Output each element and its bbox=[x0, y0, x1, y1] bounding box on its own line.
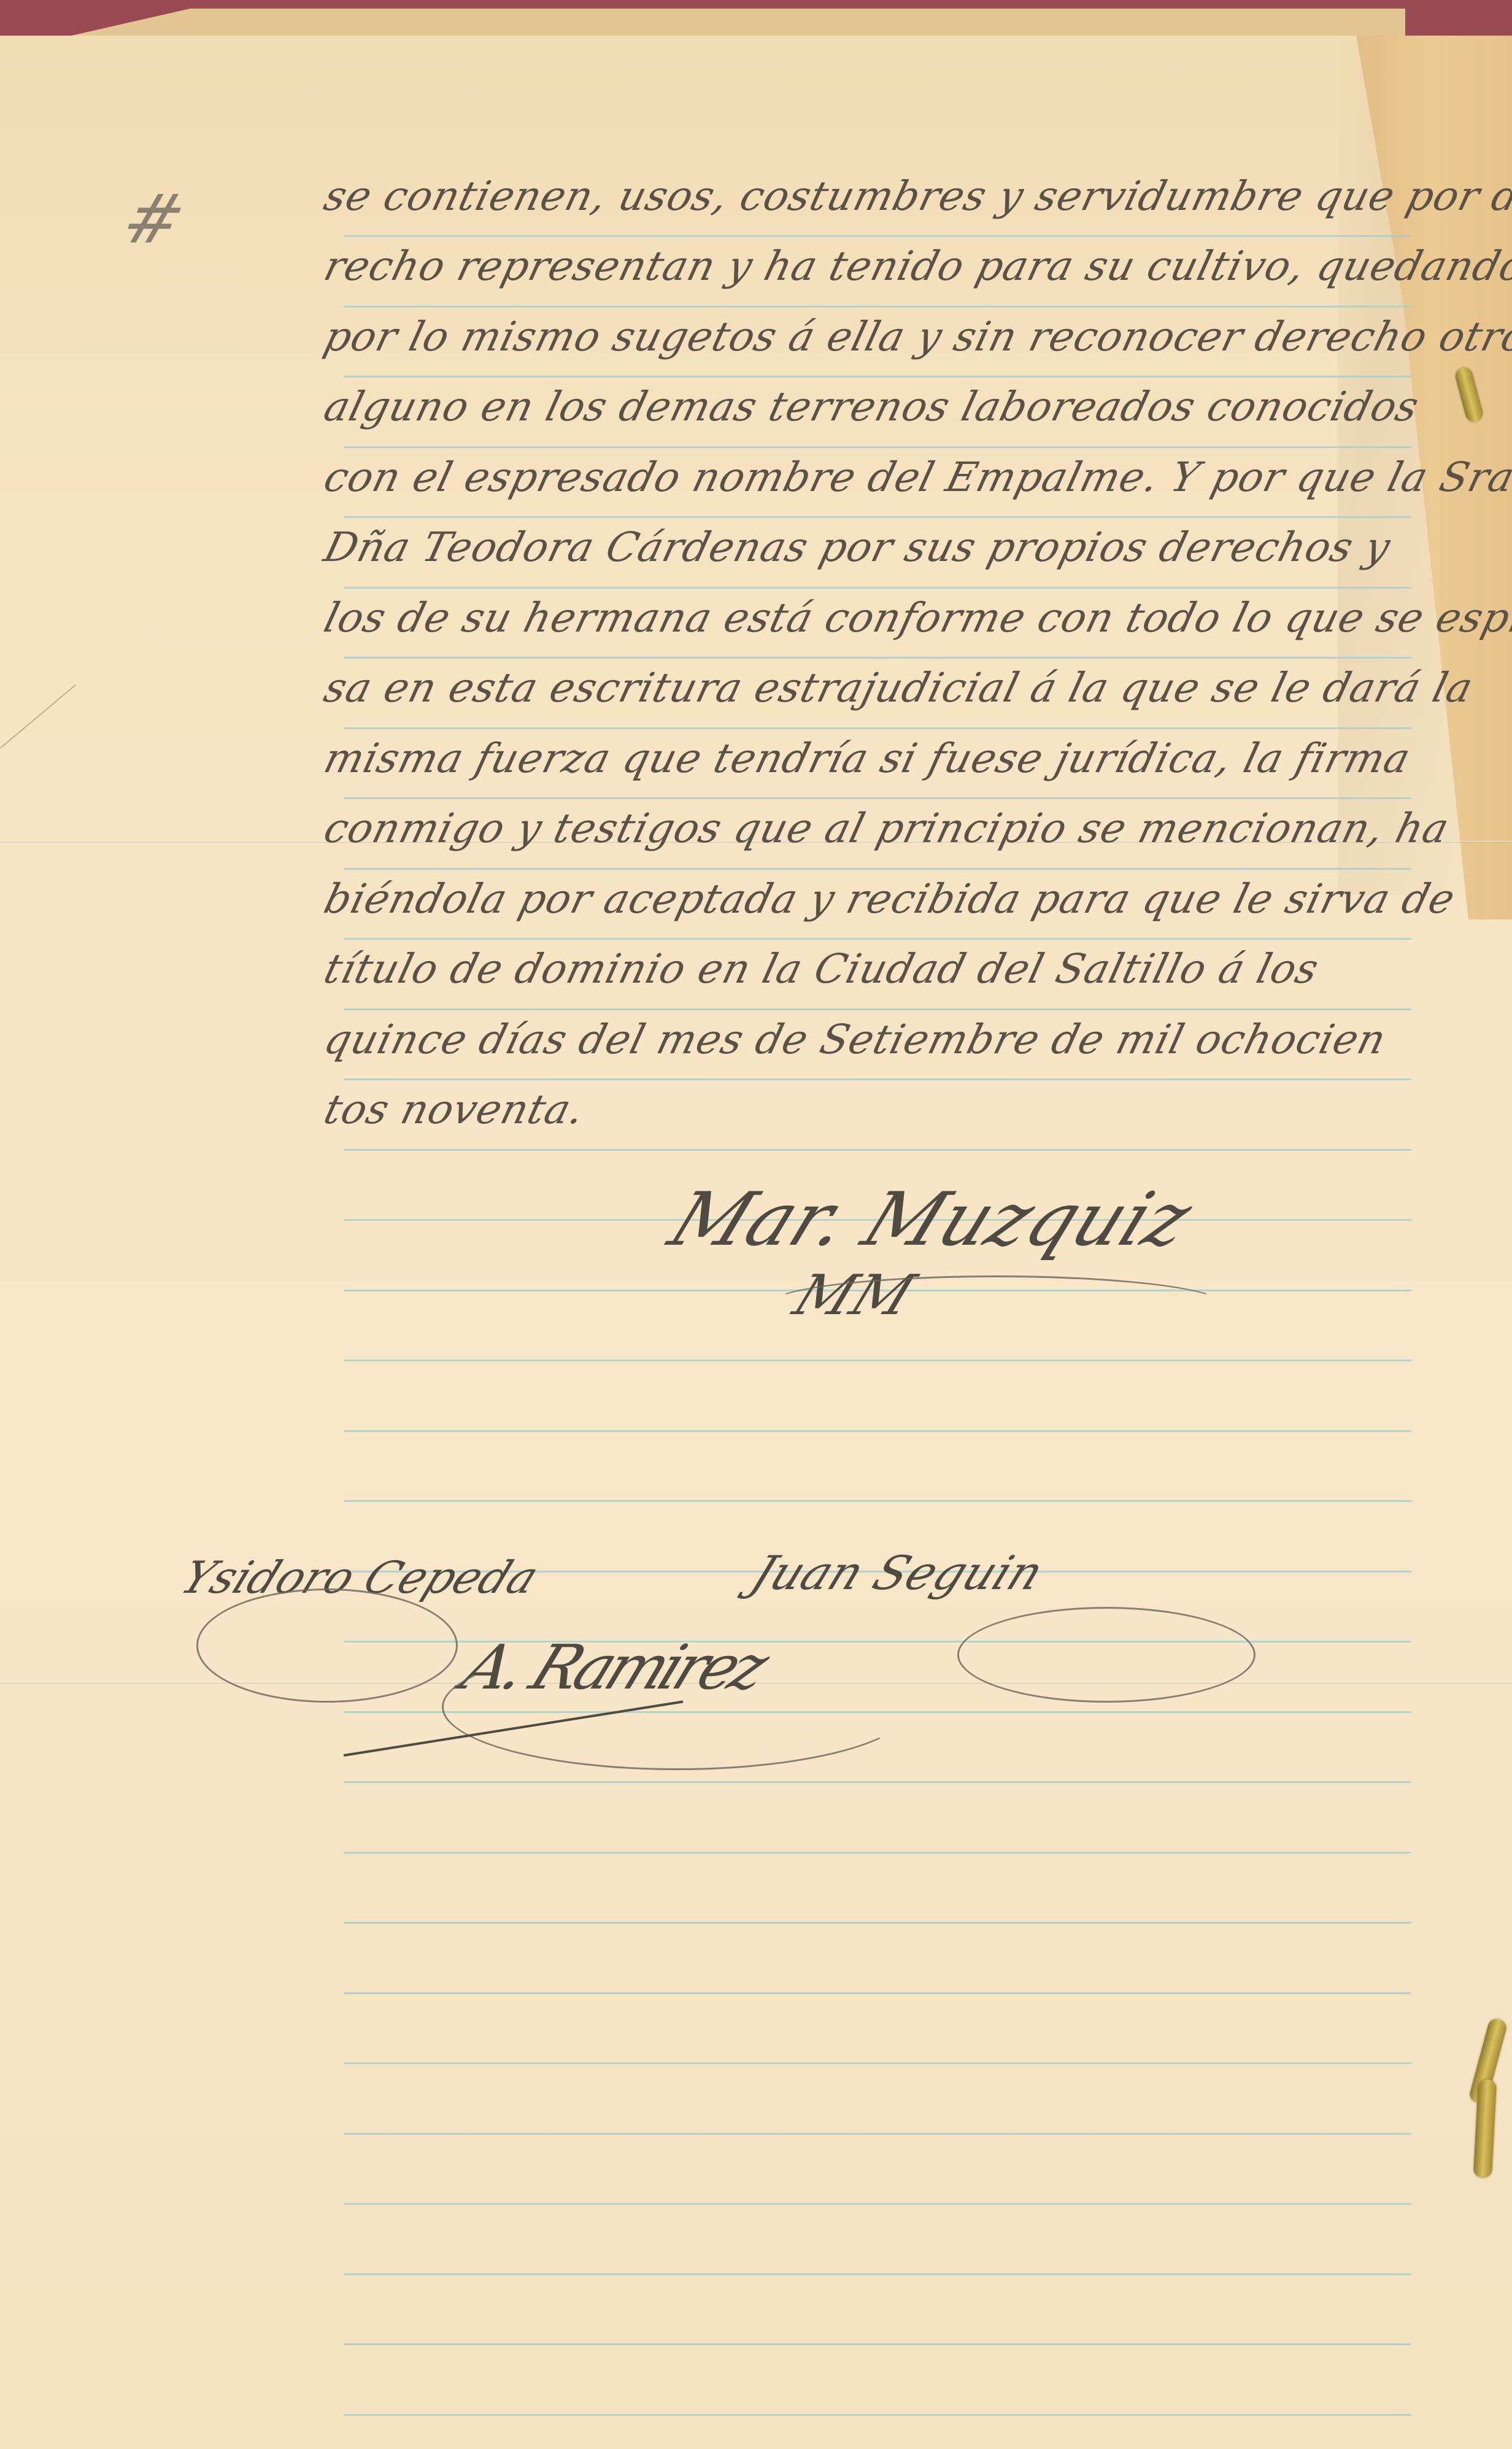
ruled-line bbox=[344, 1008, 1411, 1010]
text-line: los de su hermana está conforme con todo… bbox=[319, 594, 1436, 643]
ruled-line bbox=[344, 1500, 1411, 1502]
text-line: quince días del mes de Setiembre de mil … bbox=[319, 1015, 1436, 1064]
ruled-line bbox=[344, 1781, 1411, 1783]
signature-flourish bbox=[957, 1607, 1255, 1703]
text-line: sa en esta escritura estrajudicial á la … bbox=[319, 664, 1436, 713]
signature-flourish bbox=[767, 1275, 1225, 1334]
text-line: por lo mismo sugetos á ella y sin recono… bbox=[319, 312, 1436, 362]
margin-mark: # bbox=[113, 180, 195, 258]
ruled-line bbox=[344, 306, 1411, 308]
ruled-line bbox=[344, 2273, 1411, 2275]
ruled-line bbox=[344, 797, 1411, 799]
ruled-line bbox=[344, 2414, 1411, 2416]
ruled-line bbox=[344, 2133, 1411, 2135]
signature-flourish bbox=[196, 1588, 458, 1703]
ruled-line bbox=[344, 516, 1411, 518]
document-page: # se contienen, usos, costumbres y servi… bbox=[0, 36, 1512, 2449]
ruled-line bbox=[344, 1360, 1411, 1361]
text-line: conmigo y testigos que al principio se m… bbox=[319, 804, 1436, 853]
ruled-line bbox=[344, 1149, 1411, 1151]
ruled-line bbox=[344, 2343, 1411, 2345]
ruled-line bbox=[344, 2203, 1411, 2205]
signature-witness-2: Juan Seguin bbox=[744, 1546, 1052, 1600]
text-line: biéndola por aceptada y recibida para qu… bbox=[319, 875, 1436, 924]
signature-flourish bbox=[442, 1644, 912, 1770]
ruled-line bbox=[344, 727, 1411, 729]
ruled-line bbox=[344, 1852, 1411, 1854]
signature-notary: Mar. Muzquiz bbox=[658, 1177, 1204, 1263]
ruled-line bbox=[344, 938, 1411, 940]
text-line: con el espresado nombre del Empalme. Y p… bbox=[319, 453, 1436, 502]
text-line: Dña Teodora Cárdenas por sus propios der… bbox=[319, 523, 1436, 572]
text-line: recho representan y ha tenido para su cu… bbox=[319, 242, 1436, 291]
text-line: se contienen, usos, costumbres y servidu… bbox=[319, 172, 1436, 221]
ruled-line bbox=[344, 1922, 1411, 1924]
backing-paper-strip bbox=[55, 9, 1405, 39]
ruled-line bbox=[344, 2062, 1411, 2064]
ruled-line bbox=[344, 657, 1411, 659]
ruled-line bbox=[344, 1992, 1411, 1994]
paper-tear bbox=[0, 684, 127, 810]
ruled-line bbox=[344, 587, 1411, 589]
text-line: alguno en los demas terrenos laboreados … bbox=[319, 382, 1436, 431]
text-line: misma fuerza que tendría si fuese jurídi… bbox=[319, 734, 1436, 783]
text-line: título de dominio en la Ciudad del Salti… bbox=[319, 945, 1436, 994]
ruled-line bbox=[344, 235, 1411, 237]
ruled-line bbox=[344, 446, 1411, 448]
ruled-line bbox=[344, 868, 1411, 870]
ruled-line bbox=[344, 1078, 1411, 1080]
ruled-line bbox=[344, 376, 1411, 377]
ruled-line bbox=[344, 1430, 1411, 1432]
text-line: tos noventa. bbox=[319, 1085, 1436, 1134]
